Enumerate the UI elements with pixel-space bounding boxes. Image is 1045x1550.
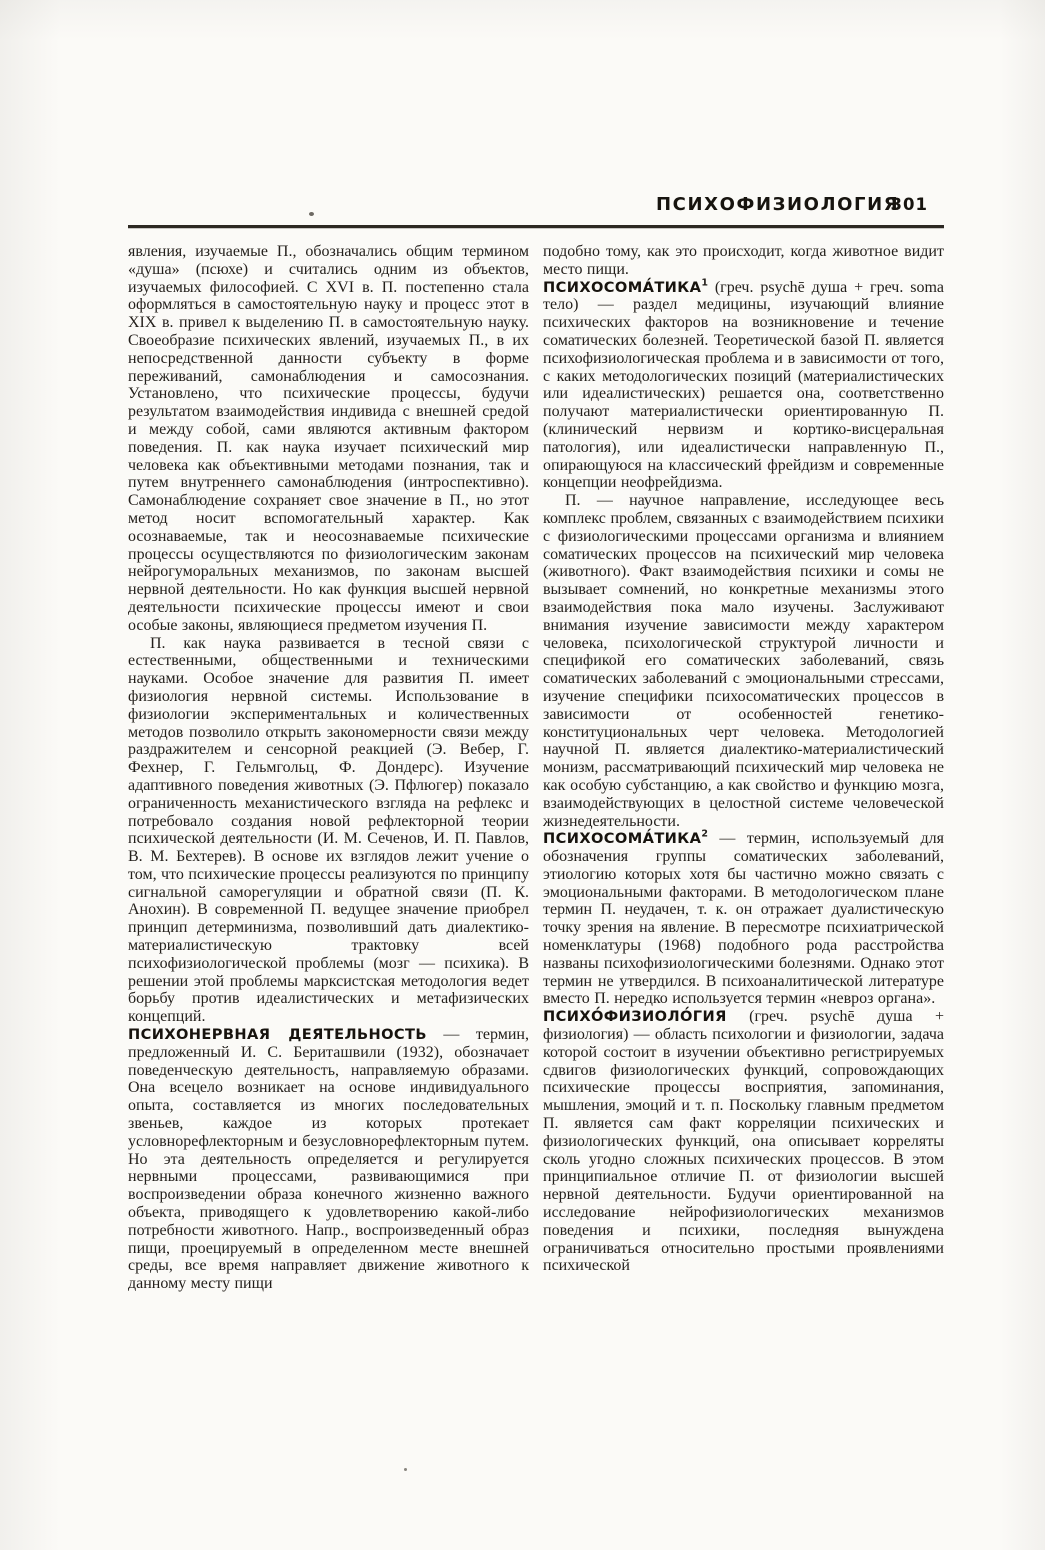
header-rule <box>128 225 944 228</box>
entry-superscript: 1 <box>701 277 708 288</box>
left-column: явления, изучаемые П., обозначались общи… <box>128 243 529 1293</box>
text-columns: явления, изучаемые П., обозначались общи… <box>128 243 944 1293</box>
dictionary-page: ПСИХОФИЗИОЛОГИЯ 301 явления, изучаемые П… <box>0 0 1045 1550</box>
paragraph-psychology-continuation: явления, изучаемые П., обозначались общи… <box>128 243 529 635</box>
entry-headword: ПСИХОНЕРВНАЯ ДЕЯТЕЛЬНОСТЬ <box>128 1026 427 1043</box>
page-content: ПСИХОФИЗИОЛОГИЯ 301 явления, изучаемые П… <box>128 192 944 1293</box>
running-head-title: ПСИХОФИЗИОЛОГИЯ <box>656 194 899 215</box>
entry-body: — термин, предложенный И. С. Бериташвили… <box>128 1026 529 1292</box>
entry-psychofiziologiya: ПСИХО́ФИЗИОЛО́ГИЯ (греч. psychē душа + ф… <box>543 1008 944 1275</box>
right-column: подобно тому, как это происходит, когда … <box>543 243 944 1293</box>
paragraph-psychology-science: П. как наука развивается в тесной связи … <box>128 635 529 1027</box>
entry-psychosomatika-1: ПСИХОСОМА́ТИКА1 (греч. psychē душа + гре… <box>543 279 944 493</box>
entry-headword: ПСИХО́ФИЗИОЛО́ГИЯ <box>543 1008 727 1025</box>
entry-headword: ПСИХОСОМА́ТИКА <box>543 279 701 296</box>
page-number: 301 <box>891 195 928 214</box>
entry-body: (греч. psychē душа + греч. soma тело) — … <box>543 279 944 492</box>
entry-headword: ПСИХОСОМА́ТИКА <box>543 830 701 847</box>
running-head: ПСИХОФИЗИОЛОГИЯ 301 <box>128 192 944 220</box>
paragraph-continuation-from-left-column: подобно тому, как это происходит, когда … <box>543 243 944 279</box>
entry-body: (греч. psychē душа + физиология) — облас… <box>543 1008 944 1274</box>
entry-psychosomatika-2: ПСИХОСОМА́ТИКА2 — термин, используемый д… <box>543 830 944 1008</box>
scan-speck <box>404 1468 407 1471</box>
entry-psychonervnaya-deyatelnost: ПСИХОНЕРВНАЯ ДЕЯТЕЛЬНОСТЬ — термин, пред… <box>128 1026 529 1293</box>
entry-superscript: 2 <box>701 829 708 840</box>
entry-body: — термин, используемый для обозначения г… <box>543 830 944 1007</box>
paragraph-psychosomatics-direction: П. — научное направление, исследующее ве… <box>543 492 944 830</box>
